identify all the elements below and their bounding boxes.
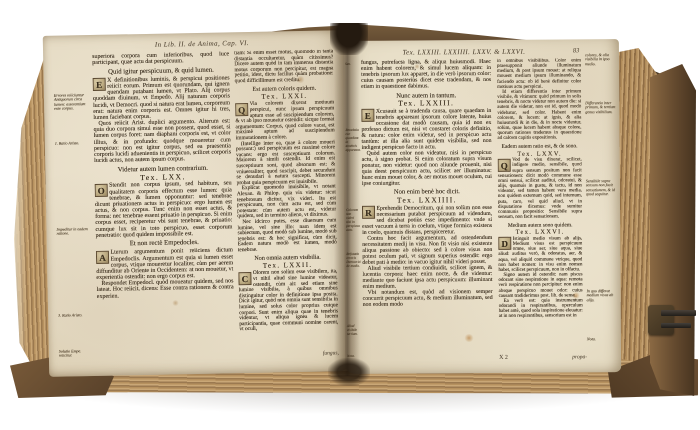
paragraph: Id etiam differentia inter primum visibi… (497, 89, 581, 141)
decorated-initial: E (93, 78, 106, 91)
book-gutter-shadow (334, 30, 360, 376)
tex-number: Tex. LXXVI. (498, 230, 582, 236)
book-photo: In Lib. II. de Anima, Cap. VI. Errores r… (0, 0, 700, 430)
margin-note: Sensibile supra sensum non facit sensati… (586, 179, 617, 197)
paragraph: Ea verò est: quia instrumentum odorandi … (499, 298, 583, 319)
paragraph: Nec idcirco putes, esse diuersum cum lum… (237, 218, 337, 253)
paragraph: ALterum argumentum ponit reiiciens dictu… (96, 248, 234, 281)
margin-note: Differentia inter primum, & tertium genu… (585, 101, 616, 114)
right-page-column-1: fungus, putrefacta ligna, & aliqua huius… (361, 59, 493, 356)
book-gutter-top-shadow (330, 23, 368, 55)
section-heading: Eadem autem ratio est, & de sono. (501, 143, 579, 150)
decorated-initial: Q (498, 159, 511, 172)
stain (414, 64, 420, 69)
paragraph: QVod de visu dixerat, scilicet, indigere… (498, 158, 582, 220)
decorated-initial: R (362, 206, 375, 219)
paragraph: EX definitionibus luminis, & perspicui p… (93, 75, 231, 121)
clasp-arm (661, 323, 691, 328)
paragraph-text: Eprehendit Democritum, qui non solùm non… (362, 205, 492, 236)
book-gutter-bottom-shadow (328, 358, 370, 386)
margin-note: In quo differat medium visus ab alijs. (587, 289, 618, 302)
tex-number: Tex. LXXIIII. (362, 197, 492, 204)
page-number: 83 (573, 47, 580, 54)
paragraph: Quos reiicit Arist. duplici argumento. A… (93, 118, 231, 164)
paragraph: tiam: Si enim esset motus, quomodo in ta… (234, 49, 334, 84)
decorated-initial: O (95, 184, 108, 197)
decorated-initial: E (361, 109, 374, 122)
paragraph: QVia colorem dixerat motiuum perspicui, … (235, 101, 335, 142)
paragraph: Vbi notandum est, quòd ad visionem sempe… (363, 289, 493, 308)
running-header: Tex. LXXIII. LXXIIII. LXXV. & LXXVI. (359, 47, 569, 56)
paragraph: in omnibus visibilibus. Color enim praes… (497, 58, 581, 90)
paragraph-text: Olorem non solùm esse visibilem, ita, vt… (239, 269, 339, 333)
clasp-arm (661, 310, 696, 316)
decorated-initial: A (96, 251, 109, 264)
paragraph: superiora corpora cum inferioribus, quod… (92, 51, 229, 66)
tex-number: Tex. LXXV. (498, 151, 582, 157)
stain (296, 76, 305, 83)
paragraph: Quòd autem color non videatur, nisi in p… (362, 150, 492, 187)
catchword: propa- (572, 354, 587, 360)
paragraph-text: Via colorem dixerat motiuum perspicui, n… (235, 100, 334, 141)
paragraph-text: Xcusauit se à tradenda causa, quare quae… (361, 108, 491, 151)
right-page: Tex. LXXIII. LXXIIII. LXXV. & LXXVI. 83 … (343, 39, 621, 374)
paragraph: OStendit non corpus ipsum, sed habitum, … (95, 181, 233, 239)
catchword: fungus, (240, 350, 339, 358)
decorated-initial: C (238, 272, 251, 285)
paragraph: Explicat quomodo inuisibile, vt notant A… (237, 185, 337, 220)
paragraph: Signo autem id ostendit: nam pisces odor… (498, 272, 582, 298)
margin-note: Nota. (587, 337, 618, 342)
stain (572, 292, 580, 299)
margin-note: Impeditur in eadem ratione. (56, 227, 92, 237)
paragraph-text: Lterum argumentum ponit reiiciens dictum… (96, 248, 233, 281)
left-page: In Lib. II. de Anima, Cap. VI. Errores r… (43, 30, 351, 377)
leather-cover-board-right (650, 64, 696, 396)
clasp (648, 300, 700, 342)
gathering-signature: X 2 (499, 355, 508, 361)
decorated-initial: D (498, 237, 511, 250)
paragraph: Contra hoc facit argumentum, ad ostenden… (362, 235, 492, 266)
tex-number: Tex. LXXIII. (361, 100, 491, 107)
paragraph: COlorem non solùm esse visibilem, ita, v… (238, 270, 338, 333)
paragraph: fungus, putrefacta ligna, & aliqua huius… (361, 59, 491, 90)
left-page-column-2: tiam: Si enim esset motus, quomodo in ta… (234, 49, 339, 351)
paragraph-text: Stendit non corpus ipsum, sed habitum, s… (95, 181, 233, 239)
decorated-initial: Q (235, 103, 248, 116)
paragraph: Respondet Empedocl. quòd moueatur quidem… (96, 279, 233, 300)
running-header: In Lib. II. de Anima, Cap. VI. (109, 38, 295, 50)
paragraph: EXcusauit se à tradenda causa, quare qua… (361, 108, 491, 151)
margin-note: Errores reiiciuntur Antiquorum circa lum… (54, 93, 90, 111)
margin-note: colores, & alia visibilia in ipso medio. (585, 53, 616, 66)
paragraph: (Intellige inter ea, quae à colore mouer… (236, 140, 336, 187)
signature-line: X 2 propa- (499, 354, 587, 361)
margin-note: 3. Ratio Aristo. (58, 313, 94, 318)
margin-note: Solutio Empe. reiicitur. (59, 349, 95, 359)
outer-margin-notes: colores, & alia visibilia in ipso medio.… (585, 39, 618, 372)
paragraph: REprehendit Democritum, qui non solùm no… (362, 205, 492, 236)
paragraph-text: X definitionibus luminis, & perspicui po… (93, 75, 230, 121)
paragraph: DIstinguit medio visum ab alijs, Medium … (498, 236, 582, 273)
left-page-column-1: superiora corpora cum inferioribus, quod… (92, 51, 235, 355)
left-margin-notes: Errores reiiciuntur Antiquorum circa lum… (53, 35, 96, 377)
margin-note: 1. Ratio Aristo. (55, 141, 91, 146)
stain (172, 300, 179, 306)
right-page-column-2: in omnibus visibilibus. Color enim praes… (497, 58, 583, 353)
stain (464, 334, 474, 342)
paragraph: Aliud visibile tertium condiuidit, scili… (362, 265, 492, 290)
